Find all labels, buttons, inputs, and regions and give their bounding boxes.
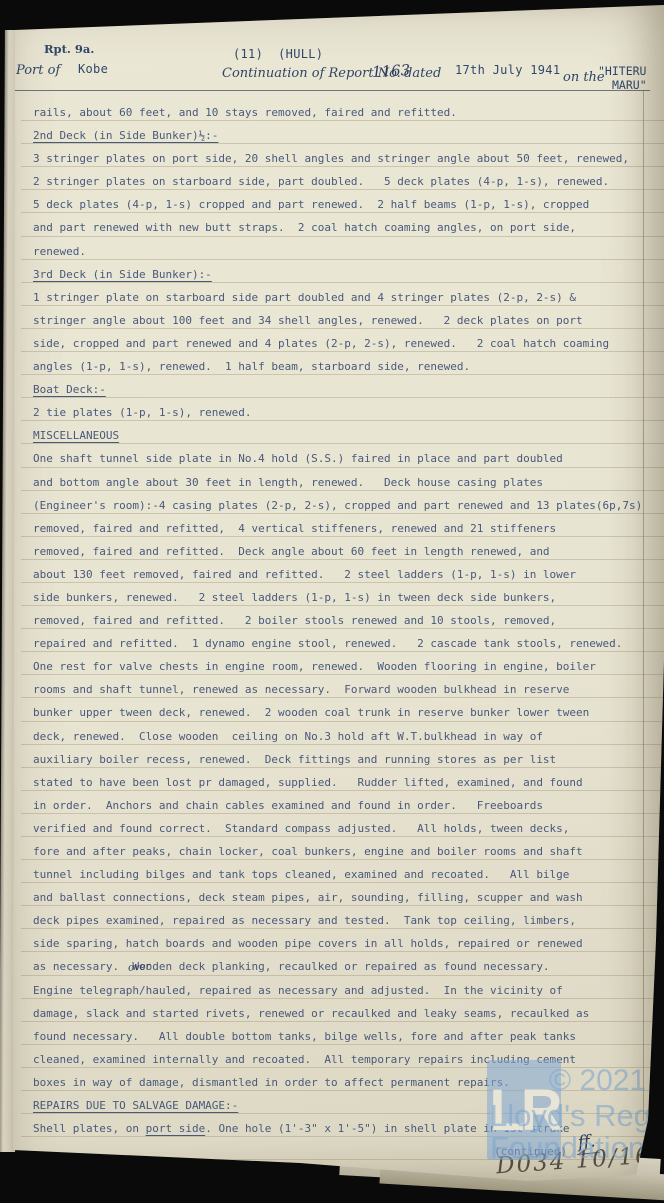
typed-text: auxiliary boiler recess, renewed. Deck f… [33,753,556,766]
typed-line: rails, about 60 feet, and 10 stays remov… [33,101,647,124]
typed-line: found necessary. All double bottom tanks… [33,1025,647,1048]
typed-text: repaired and refitted. 1 dynamo engine s… [33,637,622,650]
typed-line: about 130 feet removed, faired and refit… [33,563,647,586]
typed-text: rails, about 60 feet, and 10 stays remov… [33,106,457,119]
typed-text: renewed. [33,245,86,258]
typed-text: stated to have been lost pr damaged, sup… [33,776,583,789]
typed-text: 3 stringer plates on port side, 20 shell… [33,152,629,165]
typed-text: in order. Anchors and chain cables exami… [33,799,543,812]
typed-line: (Engineer's room):-4 casing plates (2-p,… [33,494,647,517]
typed-line: removed, faired and refitted. 2 boiler s… [33,609,647,632]
underlined-phrase: port side [146,1122,206,1135]
header-rule [14,90,650,91]
typed-text: removed, faired and refitted. 2 boiler s… [33,614,556,627]
typed-text: found necessary. All double bottom tanks… [33,1030,576,1043]
typed-text: rooms and shaft tunnel, renewed as neces… [33,683,569,696]
typed-line: in order. Anchors and chain cables exami… [33,794,647,817]
typed-line: angles (1-p, 1-s), renewed. 1 half beam,… [33,355,647,378]
typed-text: 5 deck plates (4-p, 1-s) cropped and par… [33,198,589,211]
ghost-mark: : [2,1176,9,1190]
typed-line: Engine telegraph/hauled, repaired as nec… [33,979,647,1002]
typed-line: rooms and shaft tunnel, renewed as neces… [33,678,647,701]
typed-text: One shaft tunnel side plate in No.4 hold… [33,452,563,465]
typed-text: verified and found correct. Standard com… [33,822,569,835]
typed-text: removed, faired and refitted, 4 vertical… [33,522,556,535]
typed-text: deck pipes examined, repaired as necessa… [33,914,576,927]
typed-text: (Engineer's room):-4 casing plates (2-p,… [33,499,642,512]
typed-text: angles (1-p, 1-s), renewed. 1 half beam,… [33,360,470,373]
typed-line: One rest for valve chests in engine room… [33,655,647,678]
ship-name-line1: "HITERU [598,64,646,78]
typed-line: 2 stringer plates on starboard side, par… [33,170,647,193]
report-date: 17th July 1941 [455,63,560,77]
report-sheet: Rpt. 9a. (11) (HULL) Port of Kobe Contin… [0,0,664,1203]
typed-text: side, cropped and part renewed and 4 pla… [33,337,609,350]
typed-text: fore and after peaks, chain locker, coal… [33,845,583,858]
typed-text: 1 stringer plate on starboard side part … [33,291,576,304]
port-label: Port of [16,63,60,78]
typed-line: renewed. [33,240,647,263]
typed-text: Boat Deck:- [33,383,106,396]
typed-text: and bottom angle about 30 feet in length… [33,476,543,489]
typed-line: deck pipes examined, repaired as necessa… [33,909,647,932]
typed-line: tunnel including bilges and tank tops cl… [33,863,647,886]
typed-text: Engine telegraph/hauled, repaired as nec… [33,984,563,997]
typed-text: deck, renewed. Close wooden ceiling on N… [33,730,543,743]
dated-label: dated [404,66,441,81]
section-heading: 3rd Deck (in Side Bunker):- [33,263,647,286]
typed-text: side bunkers, renewed. 2 steel ladders (… [33,591,556,604]
handwritten-caret-insert: over [128,961,151,974]
typed-text: boxes in way of damage, dismantled in or… [33,1076,510,1089]
typed-text: removed, faired and refitted. Deck angle… [33,545,550,558]
typed-line: verified and found correct. Standard com… [33,817,647,840]
typed-line: One shaft tunnel side plate in No.4 hold… [33,447,647,470]
typed-text: bunker upper tween deck, renewed. 2 wood… [33,706,589,719]
typed-text-block: rails, about 60 feet, and 10 stays remov… [33,101,647,1163]
typed-line: as necessary. Wooden deck planking, reca… [33,955,647,978]
typed-text: damage, slack and started rivets, renewe… [33,1007,589,1020]
typed-line: deck, renewed. Close wooden ceiling on N… [33,725,647,748]
watermark-org-line2: Foundation [490,1130,645,1166]
typed-text: as necessary. Wooden deck planking, reca… [33,960,550,973]
watermark-org-line1: Lloyd's Register [490,1098,664,1134]
section-heading: 2nd Deck (in Side Bunker)½:- [33,124,647,147]
typed-line: stringer angle about 100 feet and 34 she… [33,309,647,332]
typed-line: and part renewed with new butt straps. 2… [33,216,647,239]
typed-line: and bottom angle about 30 feet in length… [33,471,647,494]
typed-line: 3 stringer plates on port side, 20 shell… [33,147,647,170]
typed-line: side sparing, hatch boards and wooden pi… [33,932,647,955]
typed-line: 1 stringer plate on starboard side part … [33,286,647,309]
typed-line: bunker upper tween deck, renewed. 2 wood… [33,701,647,724]
typed-line: 5 deck plates (4-p, 1-s) cropped and par… [33,193,647,216]
scanned-report-page: Rpt. 9a. (11) (HULL) Port of Kobe Contin… [0,0,664,1203]
typed-text: 2 tie plates (1-p, 1-s), renewed. [33,406,252,419]
typed-line: side, cropped and part renewed and 4 pla… [33,332,647,355]
page-title: (11) (HULL) [233,47,323,61]
typed-line: and ballast connections, deck steam pipe… [33,886,647,909]
typed-text: Shell plates, on [33,1122,146,1135]
typed-text: and part renewed with new butt straps. 2… [33,221,576,234]
typed-text: stringer angle about 100 feet and 34 she… [33,314,583,327]
port-value: Kobe [78,62,108,76]
typed-line: fore and after peaks, chain locker, coal… [33,840,647,863]
typed-line: damage, slack and started rivets, renewe… [33,1002,647,1025]
typed-text: 3rd Deck (in Side Bunker):- [33,268,212,281]
typed-line: removed, faired and refitted, 4 vertical… [33,517,647,540]
typed-line: removed, faired and refitted. Deck angle… [33,540,647,563]
typed-text: tunnel including bilges and tank tops cl… [33,868,569,881]
typed-line: repaired and refitted. 1 dynamo engine s… [33,632,647,655]
watermark-copyright: © 2021 [549,1064,646,1098]
typed-text: MISCELLANEOUS [33,429,119,442]
typed-text: 2nd Deck (in Side Bunker)½:- [33,129,218,142]
typed-text: 2 stringer plates on starboard side, par… [33,175,609,188]
typed-text: REPAIRS DUE TO SALVAGE DAMAGE:- [33,1099,238,1112]
typed-line: stated to have been lost pr damaged, sup… [33,771,647,794]
report-form-label: Rpt. 9a. [44,42,94,56]
section-heading: MISCELLANEOUS [33,424,647,447]
typed-line: 2 tie plates (1-p, 1-s), renewed. [33,401,647,424]
typed-line: auxiliary boiler recess, renewed. Deck f… [33,748,647,771]
typed-text: about 130 feet removed, faired and refit… [33,568,576,581]
typed-text: side sparing, hatch boards and wooden pi… [33,937,583,950]
typed-line: side bunkers, renewed. 2 steel ladders (… [33,586,647,609]
ghost-rule [0,1167,230,1170]
typed-text: and ballast connections, deck steam pipe… [33,891,583,904]
section-heading: Boat Deck:- [33,378,647,401]
typed-text: One rest for valve chests in engine room… [33,660,596,673]
